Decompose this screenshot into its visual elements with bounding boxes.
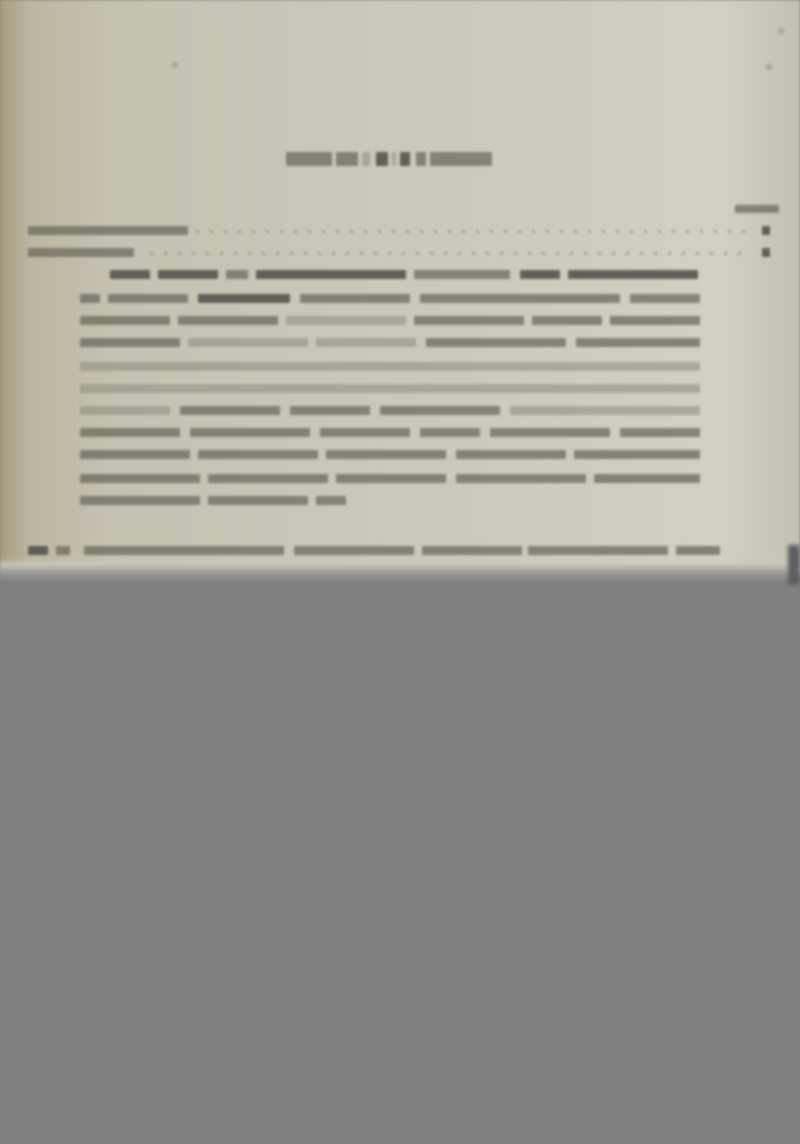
page-title (286, 150, 502, 168)
page-bottom-edge (0, 562, 790, 580)
toc-entry-page (762, 248, 770, 257)
page-corner-shadow (788, 545, 800, 585)
paper-speck (766, 64, 772, 70)
toc-leader-dots (150, 252, 746, 255)
scanned-page (0, 0, 800, 575)
paper-speck (778, 28, 784, 34)
trailing-text-line (28, 546, 720, 555)
toc-entry-label (28, 248, 134, 257)
toc-entry-label (28, 226, 188, 235)
page-column-header (735, 205, 779, 213)
paper-speck (172, 62, 178, 68)
paragraph (80, 270, 700, 530)
toc-leader-dots (196, 230, 746, 233)
toc-entry-page (762, 226, 770, 235)
